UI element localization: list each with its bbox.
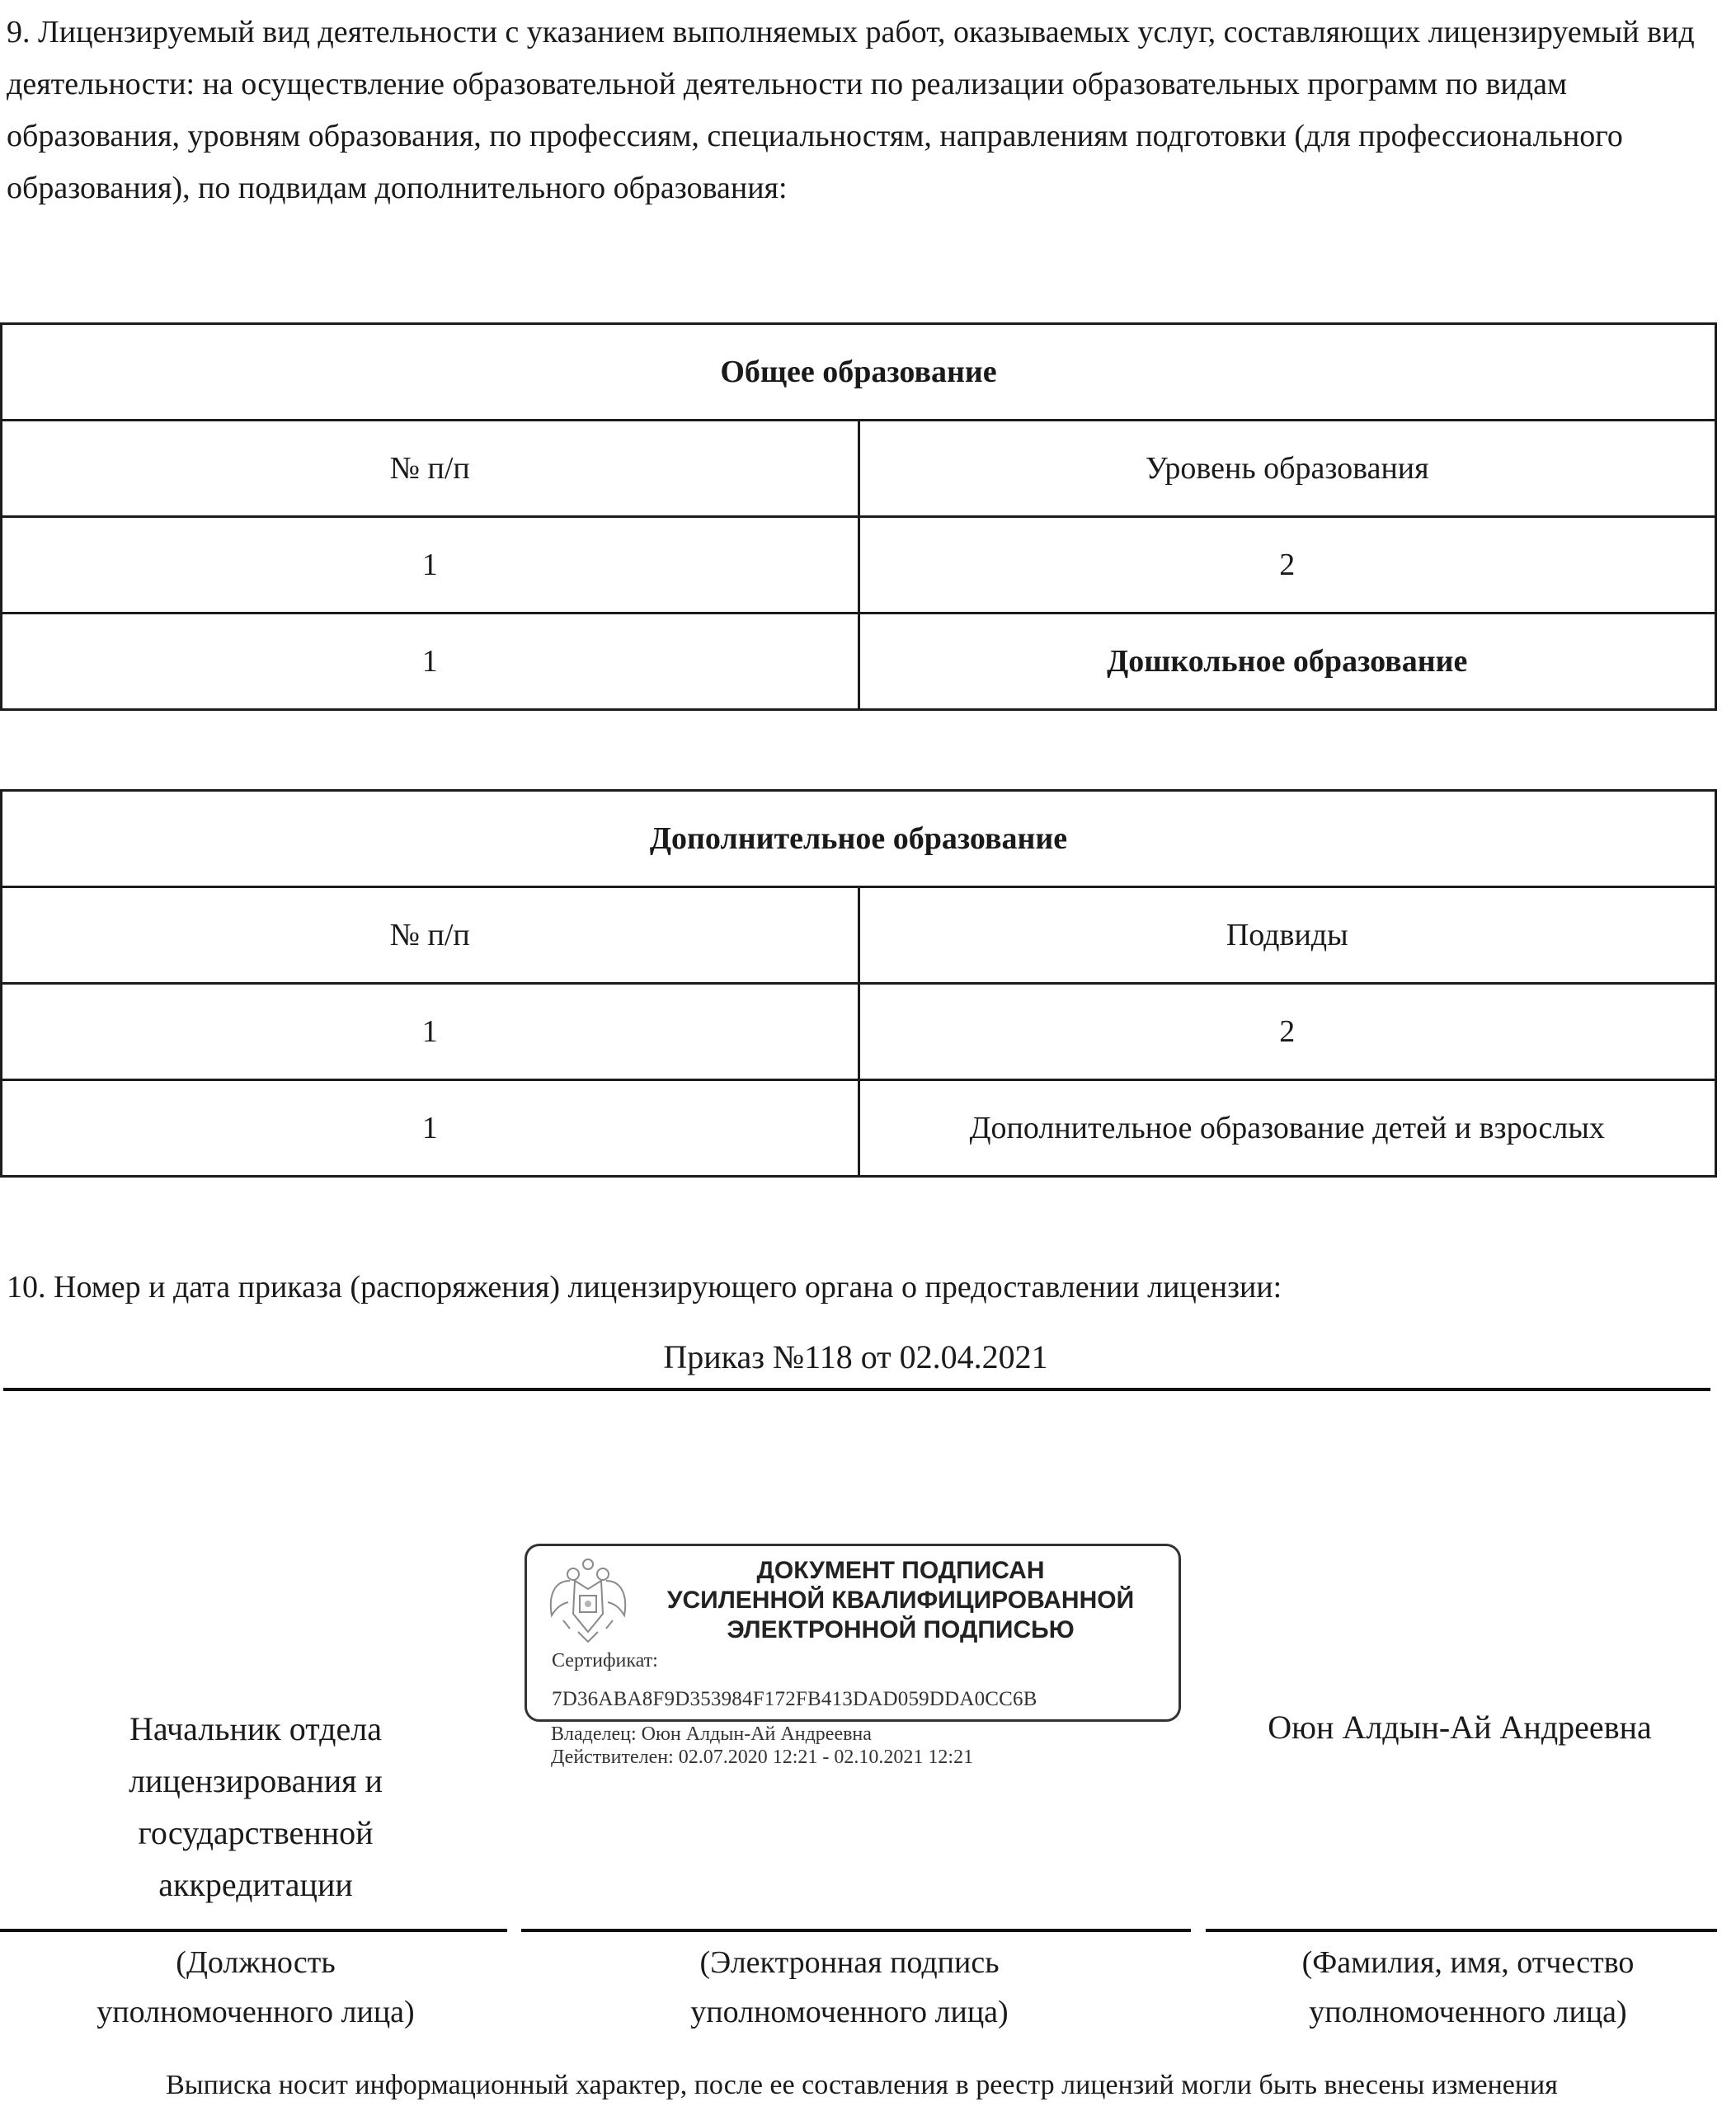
caption-line: (Электронная подпись: [635, 1938, 1064, 1987]
certificate-hash: 7D36ABA8F9D353984F172FB413DAD059DDA0CC6B: [552, 1688, 1037, 1711]
table-title: Дополнительное образование: [2, 791, 1716, 887]
signatory-position: Начальник отдела лицензирования и госуда…: [49, 1703, 462, 1911]
cell-number: 1: [2, 614, 859, 710]
section-10-paragraph: 10. Номер и дата приказа (распоряжения) …: [7, 1267, 1282, 1308]
column-header-number: № п/п: [2, 421, 859, 517]
table-title-row: Дополнительное образование: [2, 791, 1716, 887]
footer-note: Выписка носит информационный характер, п…: [0, 2066, 1724, 2105]
certificate-label: Сертификат:: [552, 1650, 658, 1672]
caption-signature: (Электронная подпись уполномоченного лиц…: [635, 1938, 1064, 2037]
column-header-subtype: Подвиды: [859, 887, 1716, 984]
stamp-heading: ДОКУМЕНТ ПОДПИСАН УСИЛЕННОЙ КВАЛИФИЦИРОВ…: [634, 1556, 1167, 1645]
name-signature-line: [1206, 1929, 1717, 1932]
table-row: 1 Дополнительное образование детей и взр…: [2, 1080, 1716, 1177]
cell-number: 1: [2, 984, 859, 1080]
table-header-row: № п/п Уровень образования: [2, 421, 1716, 517]
caption-line: уполномоченного лица): [1237, 1987, 1699, 2037]
stamp-heading-line: УСИЛЕННОЙ КВАЛИФИЦИРОВАННОЙ: [634, 1586, 1167, 1615]
stamp-heading-line: ЭЛЕКТРОННОЙ ПОДПИСЬЮ: [634, 1615, 1167, 1645]
order-number-date: Приказ №118 от 02.04.2021: [0, 1333, 1711, 1382]
table-title-row: Общее образование: [2, 324, 1716, 421]
position-line: аккредитации: [49, 1859, 462, 1911]
cell-subtype: Дополнительное образование детей и взрос…: [859, 1080, 1716, 1177]
stamp-heading-line: ДОКУМЕНТ ПОДПИСАН: [634, 1556, 1167, 1586]
cell-level: 2: [859, 517, 1716, 614]
coat-of-arms-icon: [545, 1556, 631, 1647]
table-header-row: № п/п Подвиды: [2, 887, 1716, 984]
column-header-number: № п/п: [2, 887, 859, 984]
position-line: лицензирования и: [49, 1755, 462, 1807]
certificate-owner: Владелец: Оюн Алдын-Ай Андреевна: [551, 1723, 872, 1746]
general-education-table: Общее образование № п/п Уровень образова…: [0, 322, 1717, 711]
caption-line: уполномоченного лица): [25, 1987, 487, 2037]
cell-subtype: 2: [859, 984, 1716, 1080]
certificate-validity: Действителен: 02.07.2020 12:21 - 02.10.2…: [551, 1747, 973, 1769]
table-title: Общее образование: [2, 324, 1716, 421]
caption-line: уполномоченного лица): [635, 1987, 1064, 2037]
cell-number: 1: [2, 517, 859, 614]
table-row: 1 Дошкольное образование: [2, 614, 1716, 710]
position-signature-line: [0, 1929, 507, 1932]
position-line: Начальник отдела: [49, 1703, 462, 1755]
table-row: 1 2: [2, 517, 1716, 614]
caption-line: (Фамилия, имя, отчество: [1237, 1938, 1699, 1987]
order-underline: [3, 1388, 1710, 1391]
caption-name: (Фамилия, имя, отчество уполномоченного …: [1237, 1938, 1699, 2037]
caption-line: (Должность: [25, 1938, 487, 1987]
additional-education-table: Дополнительное образование № п/п Подвиды…: [0, 789, 1717, 1178]
esignature-signature-line: [521, 1929, 1191, 1932]
caption-position: (Должность уполномоченного лица): [25, 1938, 487, 2037]
table-row: 1 2: [2, 984, 1716, 1080]
section-9-paragraph: 9. Лицензируемый вид деятельности с указ…: [7, 7, 1730, 214]
signatory-name: Оюн Алдын-Ай Андреевна: [1204, 1707, 1715, 1748]
cell-number: 1: [2, 1080, 859, 1177]
electronic-signature-stamp: ДОКУМЕНТ ПОДПИСАН УСИЛЕННОЙ КВАЛИФИЦИРОВ…: [525, 1544, 1181, 1722]
column-header-level: Уровень образования: [859, 421, 1716, 517]
position-line: государственной: [49, 1807, 462, 1859]
cell-level: Дошкольное образование: [859, 614, 1716, 710]
